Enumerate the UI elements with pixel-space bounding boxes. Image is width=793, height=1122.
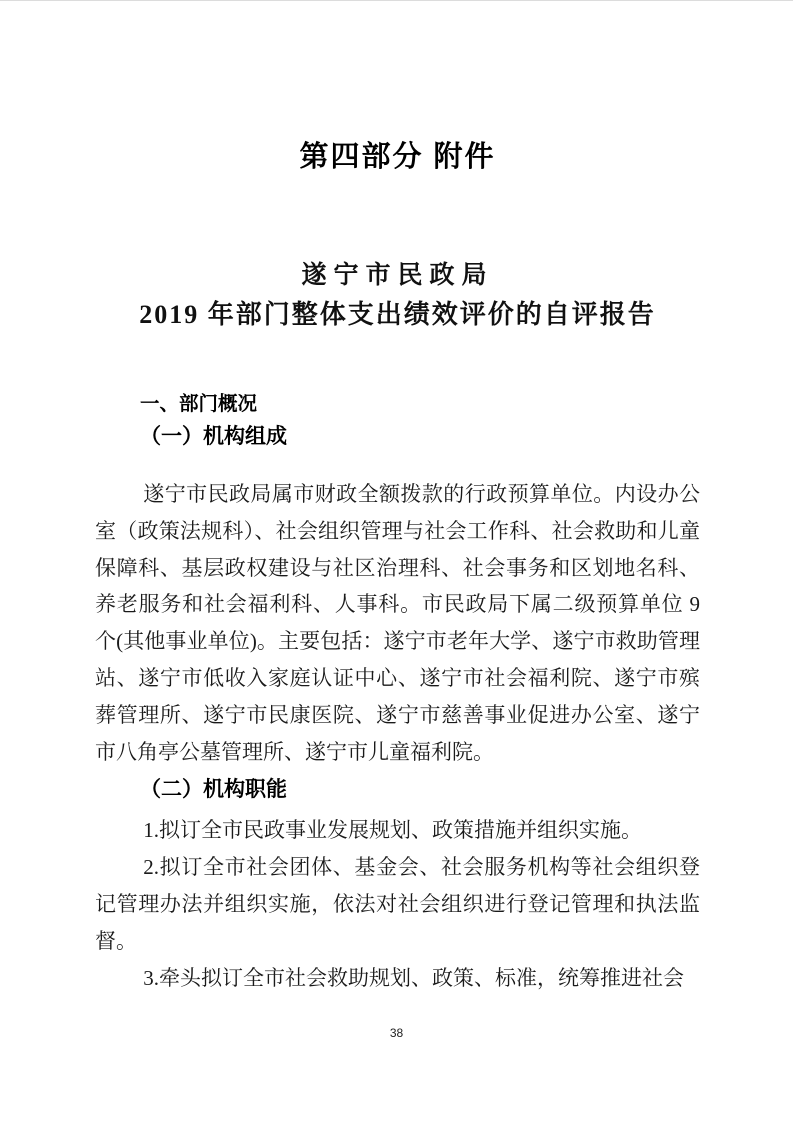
document-title-line2: 2019 年部门整体支出绩效评价的自评报告 — [95, 295, 700, 335]
list-paragraph-function-3: 3.牵头拟订全市社会救助规划、政策、标准，统筹推进社会 — [95, 960, 700, 997]
page-number: 38 — [0, 1025, 793, 1041]
section-heading-department-overview: 一、部门概况 — [140, 391, 700, 417]
list-paragraph-function-2: 2.拟订全市社会团体、基金会、社会服务机构等社会组织登记管理办法并组织实施，依法… — [95, 849, 700, 959]
subsection-heading-organization-composition: （一）机构组成 — [140, 423, 700, 451]
list-paragraph-function-1: 1.拟订全市民政事业发展规划、政策措施并组织实施。 — [95, 812, 700, 849]
part-title: 第四部分 附件 — [95, 140, 700, 174]
document-title-line1: 遂宁市民政局 — [95, 259, 700, 293]
document-title: 遂宁市民政局 2019 年部门整体支出绩效评价的自评报告 — [95, 259, 700, 335]
document-page: 第四部分 附件 遂宁市民政局 2019 年部门整体支出绩效评价的自评报告 一、部… — [0, 0, 793, 1122]
paragraph-organization-composition: 遂宁市民政局属市财政全额拨款的行政预算单位。内设办公室（政策法规科）、社会组织管… — [95, 476, 700, 770]
subsection-heading-organization-functions: （二）机构职能 — [140, 776, 700, 804]
